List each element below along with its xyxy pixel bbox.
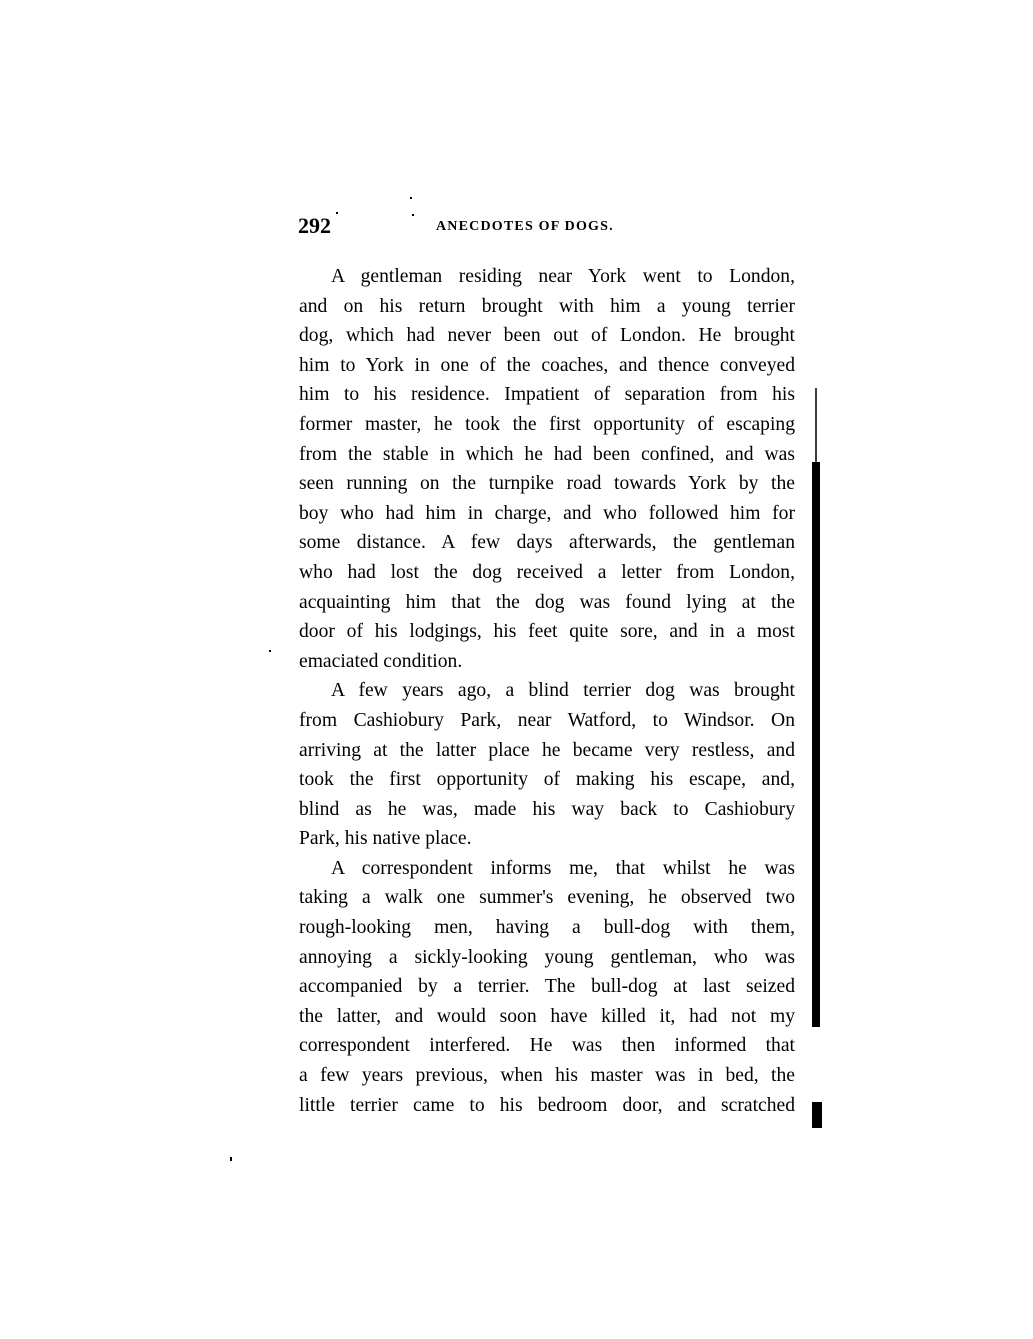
text-line: A few years ago, a blind terrier dog was… — [299, 676, 795, 706]
paragraph-blind-terrier: A few years ago, a blind terrier dog was… — [299, 676, 795, 854]
text-line: emaciated condition. — [299, 647, 795, 677]
text-line: dog, which had never been out of London.… — [299, 321, 795, 351]
text-line: him to his residence. Impatient of separ… — [299, 380, 795, 410]
text-line: who had lost the dog received a letter f… — [299, 558, 795, 588]
text-line: blind as he was, made his way back to Ca… — [299, 795, 795, 825]
text-line: Park, his native place. — [299, 824, 795, 854]
text-line: and on his return brought with him a you… — [299, 292, 795, 322]
binding-shadow-upper — [815, 388, 817, 462]
scan-speck — [336, 212, 338, 214]
text-line: door of his lodgings, his feet quite sor… — [299, 617, 795, 647]
text-line: the latter, and would soon have killed i… — [299, 1002, 795, 1032]
text-line: acquainting him that the dog was found l… — [299, 588, 795, 618]
text-line: boy who had him in charge, and who follo… — [299, 499, 795, 529]
page-number: 292 — [298, 213, 331, 239]
scan-speck — [230, 1157, 232, 1161]
text-line: took the first opportunity of making his… — [299, 765, 795, 795]
text-line: him to York in one of the coaches, and t… — [299, 351, 795, 381]
scan-speck — [410, 197, 412, 199]
page-header: 292 ANECDOTES OF DOGS. — [298, 213, 818, 243]
book-page: 292 ANECDOTES OF DOGS. A gentleman resid… — [0, 0, 1033, 1339]
text-line: annoying a sickly-looking young gentlema… — [299, 943, 795, 973]
running-head: ANECDOTES OF DOGS. — [436, 219, 614, 235]
text-line: taking a walk one summer's evening, he o… — [299, 883, 795, 913]
text-line: A gentleman residing near York went to L… — [299, 262, 795, 292]
scan-speck — [412, 214, 414, 216]
binding-shadow-lower — [812, 1102, 822, 1128]
text-line: correspondent interfered. He was then in… — [299, 1031, 795, 1061]
body-text: A gentleman residing near York went to L… — [299, 262, 795, 1120]
text-line: A correspondent informs me, that whilst … — [299, 854, 795, 884]
paragraph-york-terrier: A gentleman residing near York went to L… — [299, 262, 795, 676]
text-line: arriving at the latter place he became v… — [299, 736, 795, 766]
binding-shadow — [812, 462, 820, 1027]
text-line: from Cashiobury Park, near Watford, to W… — [299, 706, 795, 736]
text-line: seen running on the turnpike road toward… — [299, 469, 795, 499]
text-line: some distance. A few days afterwards, th… — [299, 528, 795, 558]
text-line: from the stable in which he had been con… — [299, 440, 795, 470]
text-line: a few years previous, when his master wa… — [299, 1061, 795, 1091]
text-line: former master, he took the first opportu… — [299, 410, 795, 440]
text-line: accompanied by a terrier. The bull-dog a… — [299, 972, 795, 1002]
scan-speck — [269, 650, 271, 652]
paragraph-correspondent: A correspondent informs me, that whilst … — [299, 854, 795, 1120]
text-line: little terrier came to his bedroom door,… — [299, 1091, 795, 1121]
text-line: rough-looking men, having a bull-dog wit… — [299, 913, 795, 943]
